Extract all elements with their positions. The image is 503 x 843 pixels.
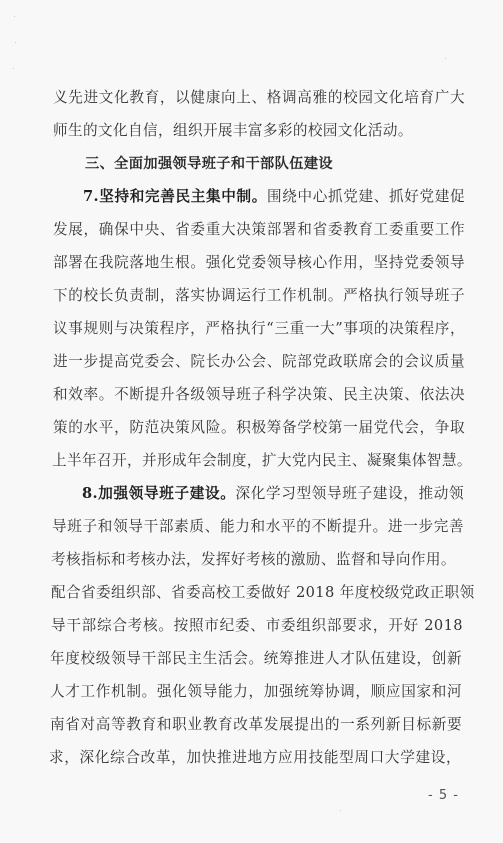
paragraph-line: 求，深化综合改革，加快推进地方应用技能型周口大学建设，: [49, 748, 461, 768]
section-heading: 三、全面加强领导班子和干部队伍建设: [85, 154, 497, 174]
item-8-title: 8.加强领导班子建设。: [82, 485, 236, 502]
paragraph-line: 导干部综合考核。按照市纪委、市委组织部要求，开好 2018: [51, 616, 463, 636]
scan-speck: [13, 68, 14, 69]
paragraph-line: 年度校级领导干部民主生活会。统筹推进人才队伍建设，创新: [50, 649, 462, 669]
scan-speck: [340, 810, 341, 811]
item-7-first-line: 7.坚持和完善民主集中制。围绕中心抓党建、抓好党建促: [83, 187, 465, 207]
paragraph-line: 进一步提高党委会、院长办公会、院部党政联席会的会议质量: [53, 352, 465, 372]
paragraph-line: 南省对高等教育和职业教育改革发展提出的一系列新目标新要: [50, 715, 462, 735]
scan-speck: [445, 58, 446, 59]
paragraph-line: 和效率。不断提升各级领导班子科学决策、民主决策、依法决: [53, 385, 465, 405]
paragraph-line: 策的水平，防范决策风险。积极筹备学校第一届党代会，争取: [53, 418, 465, 438]
paragraph-line: 发展，确保中央、省委重大决策部署和省委教育工委重要工作: [53, 220, 465, 240]
item-8-first-line: 8.加强领导班子建设。深化学习型领导班子建设，推动领: [82, 484, 464, 504]
scanned-document-page: 义先进文化教育，以健康向上、格调高雅的校园文化培育广大 师生的文化自信，组织开展…: [0, 0, 503, 843]
scan-speck: [14, 16, 15, 17]
scan-speck: [15, 42, 16, 43]
paragraph-line: 部署在我院落地生根。强化党委领导核心作用，坚持党委领导: [53, 253, 465, 273]
item-8-text: 深化学习型领导班子建设，推动领: [236, 485, 464, 502]
paragraph-line: 义先进文化教育，以健康向上、格调高雅的校园文化培育广大: [53, 88, 465, 108]
page-number: - 5 -: [428, 788, 459, 803]
paragraph-line: 师生的文化自信，组织开展丰富多彩的校园文化活动。: [53, 121, 465, 141]
item-7-title: 7.坚持和完善民主集中制。: [83, 188, 267, 205]
paragraph-line: 考核指标和考核办法，发挥好考核的激励、监督和导向作用。: [51, 550, 463, 570]
item-7-text: 围绕中心抓党建、抓好党建促: [267, 188, 465, 205]
paragraph-line: 下的校长负责制，落实协调运行工作机制。严格执行领导班子: [53, 286, 465, 306]
paragraph-line: 议事规则与决策程序，严格执行“三重一大”事项的决策程序，: [53, 319, 465, 339]
paragraph-line: 上半年召开，并形成年会制度，扩大党内民主、凝聚集体智慧。: [52, 451, 464, 471]
paragraph-line: 配合省委组织部、省委高校工委做好 2018 年度校级党政正职领: [51, 583, 463, 603]
paragraph-line: 人才工作机制。强化领导能力，加强统筹协调，顺应国家和河: [50, 682, 462, 702]
paragraph-line: 导班子和领导干部素质、能力和水平的不断提升。进一步完善: [52, 517, 464, 537]
